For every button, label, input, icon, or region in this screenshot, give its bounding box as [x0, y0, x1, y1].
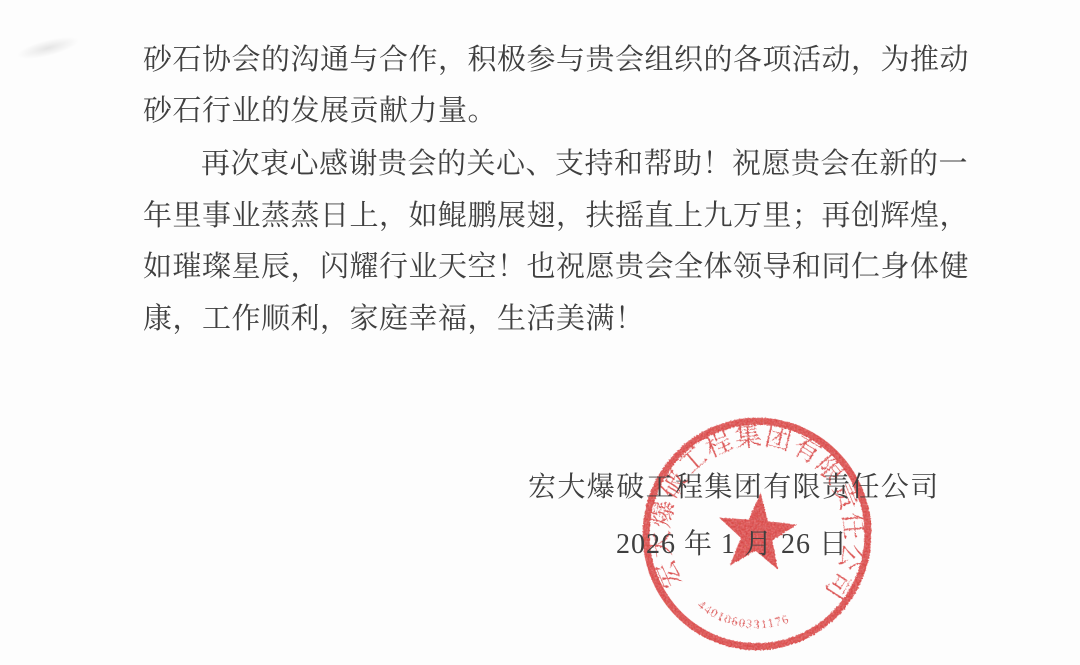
letter-document: 砂石协会的沟通与合作，积极参与贵会组织的各项活动，为推动 砂石行业的发展贡献力量… [0, 0, 1080, 665]
body-line: 如璀璨星辰，闪耀行业天空！也祝愿贵会全体领导和同仁身体健 [143, 253, 969, 282]
seal-number-text: 4401060331176 [694, 597, 794, 635]
body-line: 康，工作顺利，家庭幸福，生活美满！ [143, 305, 645, 334]
signature-company-name: 宏大爆破工程集团有限责任公司 [528, 474, 940, 502]
body-line: 砂石行业的发展贡献力量。 [143, 97, 497, 126]
body-line: 砂石协会的沟通与合作，积极参与贵会组织的各项活动，为推动 [143, 46, 969, 75]
scan-smudge [15, 32, 81, 63]
signature-date: 2026 年 1 月 26 日 [616, 531, 848, 559]
body-line: 年里事业蒸蒸日上，如鲲鹏展翅，扶摇直上九万里；再创辉煌， [143, 202, 969, 231]
body-line: 再次衷心感谢贵会的关心、支持和帮助！祝愿贵会在新的一 [201, 150, 968, 179]
